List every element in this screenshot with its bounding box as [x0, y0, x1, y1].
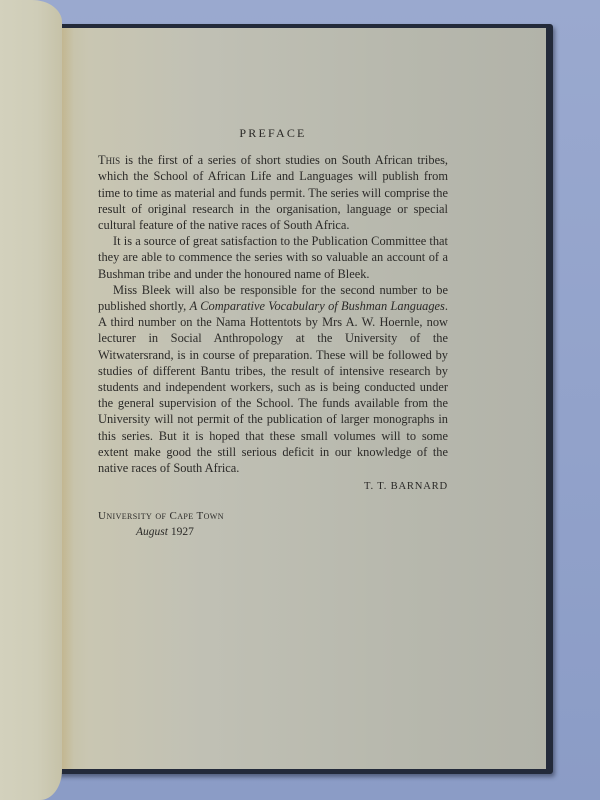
paragraph-3-text-after: . A third number on the Nama Hottentots … — [98, 299, 448, 475]
preface-text-block: PREFACE This is the first of a series of… — [98, 125, 448, 539]
place-line: University of Cape Town — [98, 508, 448, 524]
paragraph-2: It is a source of great satisfaction to … — [98, 233, 448, 282]
date-year: 1927 — [168, 526, 194, 538]
paragraph-1-text: is the first of a series of short studie… — [98, 153, 448, 232]
date-line: August 1927 — [136, 525, 448, 539]
page-gutter — [60, 28, 74, 769]
page-title: PREFACE — [98, 125, 448, 141]
author-signature: T. T. BARNARD — [98, 479, 448, 495]
paragraph-1: This is the first of a series of short s… — [98, 152, 448, 233]
paragraph-3: Miss Bleek will also be responsible for … — [98, 282, 448, 476]
book-title-italic: A Comparative Vocabulary of Bushman Lang… — [190, 299, 445, 313]
date-month: August — [136, 526, 168, 538]
left-page-curl — [0, 0, 62, 800]
drop-lead-word: This — [98, 153, 120, 167]
